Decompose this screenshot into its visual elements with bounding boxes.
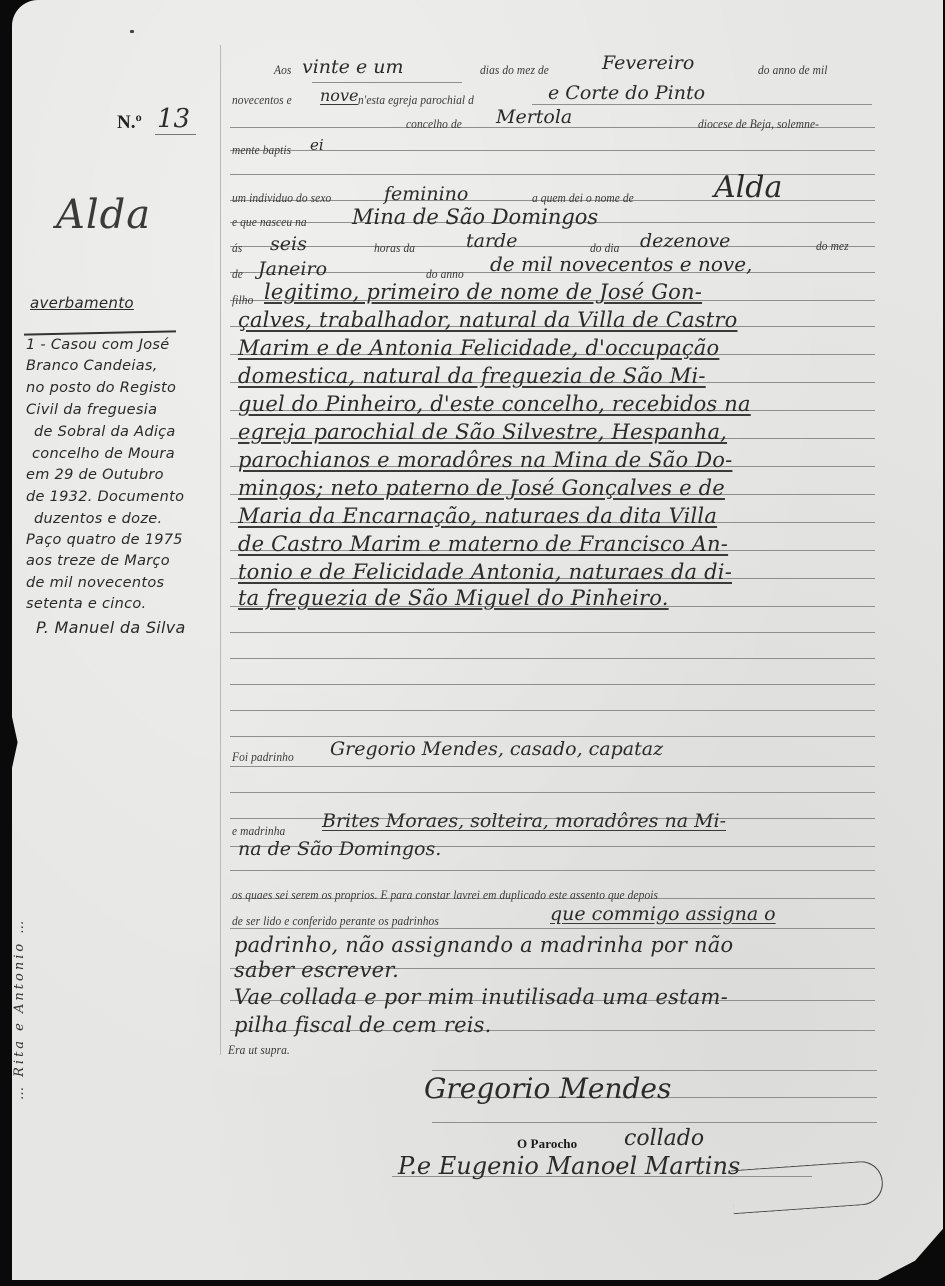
printed-text: e que nasceu na xyxy=(232,214,307,230)
printed-text: filho xyxy=(232,292,253,308)
printed-text: de xyxy=(232,266,243,282)
handwritten-body-line: çalves, trabalhador, natural da Villa de… xyxy=(238,308,737,332)
margin-rule xyxy=(220,45,221,1055)
printed-text: dias do mez de xyxy=(480,62,549,78)
rule-line xyxy=(230,632,875,633)
annotation-line: de 1932. Documento xyxy=(26,489,184,505)
handwritten-body-line: mingos; neto paterno de José Gonçalves e… xyxy=(238,476,725,500)
printed-text: diocese de Beja, solemne- xyxy=(698,116,819,132)
printed-text: Foi padrinho xyxy=(232,749,294,765)
printed-text: concelho de xyxy=(406,116,462,132)
ink-speck xyxy=(130,30,134,33)
document-page: N.º 13 Alda averbamento 1 - Casou com Jo… xyxy=(12,0,943,1280)
rule-line xyxy=(230,658,875,659)
rule-line xyxy=(230,870,875,871)
handwritten-closing: que commigo assigna o xyxy=(550,903,776,925)
handwritten-birth-month: Janeiro xyxy=(258,258,327,280)
handwritten-body-line: parochianos e moradôres na Mina de São D… xyxy=(238,448,732,472)
annotation-line: em 29 de Outubro xyxy=(26,467,164,483)
annotation-line: duzentos e doze. xyxy=(34,511,162,527)
annotation-line: Civil da freguesia xyxy=(26,402,157,418)
handwritten-closing: Vae collada e por mim inutilisada uma es… xyxy=(234,985,728,1009)
handwritten-body-line: ta freguezia de São Miguel do Pinheiro. xyxy=(238,586,669,610)
signature-flourish xyxy=(731,1160,885,1214)
rule-line xyxy=(230,246,875,247)
godfather-signature: Gregorio Mendes xyxy=(424,1072,671,1105)
fill-rule xyxy=(312,82,462,83)
handwritten-closing: saber escrever. xyxy=(234,958,399,982)
handwritten-body-line: guel do Pinheiro, d'este concelho, receb… xyxy=(238,392,751,416)
annotation-line: aos treze de Março xyxy=(26,553,170,569)
record-number: 13 xyxy=(155,104,196,135)
handwritten-parish: e Corte do Pinto xyxy=(548,82,705,104)
printed-text: a quem dei o nome de xyxy=(532,190,634,206)
annotation-separator xyxy=(24,330,176,335)
handwritten-body-line: Marim e de Antonia Felicidade, d'occupaç… xyxy=(238,336,719,360)
annotation-line: Branco Candeias, xyxy=(26,358,158,374)
fill-rule xyxy=(532,104,872,105)
rule-line xyxy=(230,792,875,793)
handwritten-body-line: egreja parochial de São Silvestre, Hespa… xyxy=(238,420,727,444)
printed-text: os quaes sei serem os proprios. E para c… xyxy=(232,887,658,903)
rule-line xyxy=(432,1122,877,1123)
handwritten-sex: feminino xyxy=(384,183,468,205)
handwritten-day: vinte e um xyxy=(302,56,404,78)
printed-text: do anno de mil xyxy=(758,62,828,78)
handwritten-month: Fevereiro xyxy=(602,52,694,74)
handwritten-body-line: de Castro Marim e materno de Francisco A… xyxy=(238,532,728,556)
annotation-line: setenta e cinco. xyxy=(26,596,146,612)
rule-line xyxy=(230,684,875,685)
printed-text: e madrinha xyxy=(232,823,285,839)
printed-text: um individuo do sexo xyxy=(232,190,331,206)
handwritten-body-line: domestica, natural da freguezia de São M… xyxy=(238,364,706,388)
handwritten-body-line: legitimo, primeiro de nome de José Gon- xyxy=(264,280,702,304)
handwritten-body-line: tonio e de Felicidade Antonia, naturaes … xyxy=(238,560,732,584)
rule-line xyxy=(230,736,875,737)
annotation-line: de mil novecentos xyxy=(26,575,164,591)
margin-child-name: Alda xyxy=(56,192,151,238)
printed-text: de ser lido e conferido perante os padri… xyxy=(232,913,439,929)
handwritten-godfather: Gregorio Mendes, casado, capataz xyxy=(330,738,663,760)
record-number-label: N.º xyxy=(117,112,142,134)
rule-line xyxy=(230,766,875,767)
printed-text: mente baptis xyxy=(232,142,291,158)
rule-line xyxy=(432,1070,877,1071)
printed-text: Aos xyxy=(274,62,291,78)
handwritten-time-of-day: tarde xyxy=(466,230,517,252)
handwritten-verb-ending: ei xyxy=(310,136,324,154)
handwritten-year-part: nove xyxy=(320,86,358,105)
annotation-line: no posto do Registo xyxy=(26,380,176,396)
handwritten-birth-day: dezenove xyxy=(640,230,730,252)
annotation-title: averbamento xyxy=(30,294,134,312)
printed-text: n'esta egreja parochial d xyxy=(358,92,474,108)
annotation-signature: P. Manuel da Silva xyxy=(36,618,186,637)
annotation-line: concelho de Moura xyxy=(32,446,175,462)
printed-text: do mez xyxy=(816,238,849,254)
handwritten-concelho: Mertola xyxy=(496,106,572,128)
printed-text: horas da xyxy=(374,240,415,256)
rule-line xyxy=(230,710,875,711)
handwritten-body-line: Maria da Encarnação, naturaes da dita Vi… xyxy=(238,504,717,528)
annotation-line: Paço quatro de 1975 xyxy=(26,532,183,548)
handwritten-godmother: Brites Moraes, solteira, moradôres na Mi… xyxy=(322,810,726,832)
edge-handwriting: … Rita e Antonio … xyxy=(12,640,28,1100)
handwritten-child-name: Alda xyxy=(714,170,782,205)
handwritten-birthplace: Mina de São Domingos xyxy=(352,205,598,229)
handwritten-birth-year: de mil novecentos e nove, xyxy=(490,252,752,276)
parocho-label: O Parocho xyxy=(517,1136,577,1152)
handwritten-closing: padrinho, não assignando a madrinha por … xyxy=(234,933,733,957)
printed-text: Era ut supra. xyxy=(228,1042,290,1058)
printed-text: ás xyxy=(232,240,242,256)
rule-line xyxy=(230,150,875,151)
handwritten-godmother-cont: na de São Domingos. xyxy=(238,838,441,860)
annotation-line: de Sobral da Adiça xyxy=(34,424,176,440)
parocho-signature: P.e Eugenio Manoel Martins xyxy=(398,1152,740,1180)
handwritten-hour: seis xyxy=(270,233,307,255)
printed-text: novecentos e xyxy=(232,92,292,108)
handwritten-closing: pilha fiscal de cem reis. xyxy=(234,1013,492,1037)
parocho-title-hand: collado xyxy=(624,1126,704,1151)
annotation-line: 1 - Casou com José xyxy=(26,337,170,353)
